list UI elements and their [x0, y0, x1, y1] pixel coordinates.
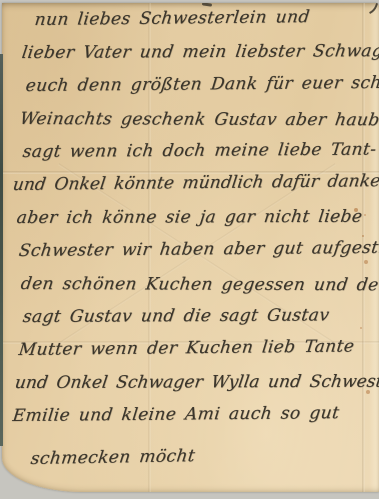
- handwriting-line: sagt wenn ich doch meine liebe Tant-: [20, 140, 375, 175]
- handwriting-line: aber ich könne sie ja gar nicht liebe: [14, 207, 375, 241]
- letter-paper: nun liebes Schwesterlein und lieber Vate…: [2, 3, 379, 492]
- handwriting-line: euch denn größten Dank für euer schönes: [23, 73, 375, 109]
- handwriting-line: Weinachts geschenk Gustav aber haubt: [17, 109, 376, 143]
- ink-fragment-top: [202, 3, 212, 7]
- scanned-letter-page: nun liebes Schwesterlein und lieber Vate…: [0, 0, 379, 499]
- handwriting-line: nun liebes Schwesterlein und: [32, 6, 375, 43]
- scan-edge-strip: [0, 54, 3, 446]
- handwriting-line: den schönen Kuchen gegessen und der: [18, 274, 375, 308]
- handwriting-line: Schwester wir haben aber gut aufgestillt: [16, 238, 375, 274]
- letter-body: nun liebes Schwesterlein und lieber Vate…: [2, 10, 379, 482]
- handwriting-line: schmecken möcht: [28, 443, 375, 482]
- handwriting-line: und Onkel Schwager Wylla und Schwester: [12, 372, 376, 406]
- handwriting-line: lieber Vater und mein liebster Schwager: [19, 41, 375, 76]
- handwriting-line: sagt Gustav und die sagt Gustav: [20, 305, 375, 340]
- handwriting-line: und Onkel könnte mündlich dafür danken: [10, 171, 375, 208]
- handwriting-line: Mutter wenn der Kuchen lieb Tante: [16, 336, 375, 373]
- handwriting-line: Emilie und kleine Ami auch so gut: [10, 403, 375, 439]
